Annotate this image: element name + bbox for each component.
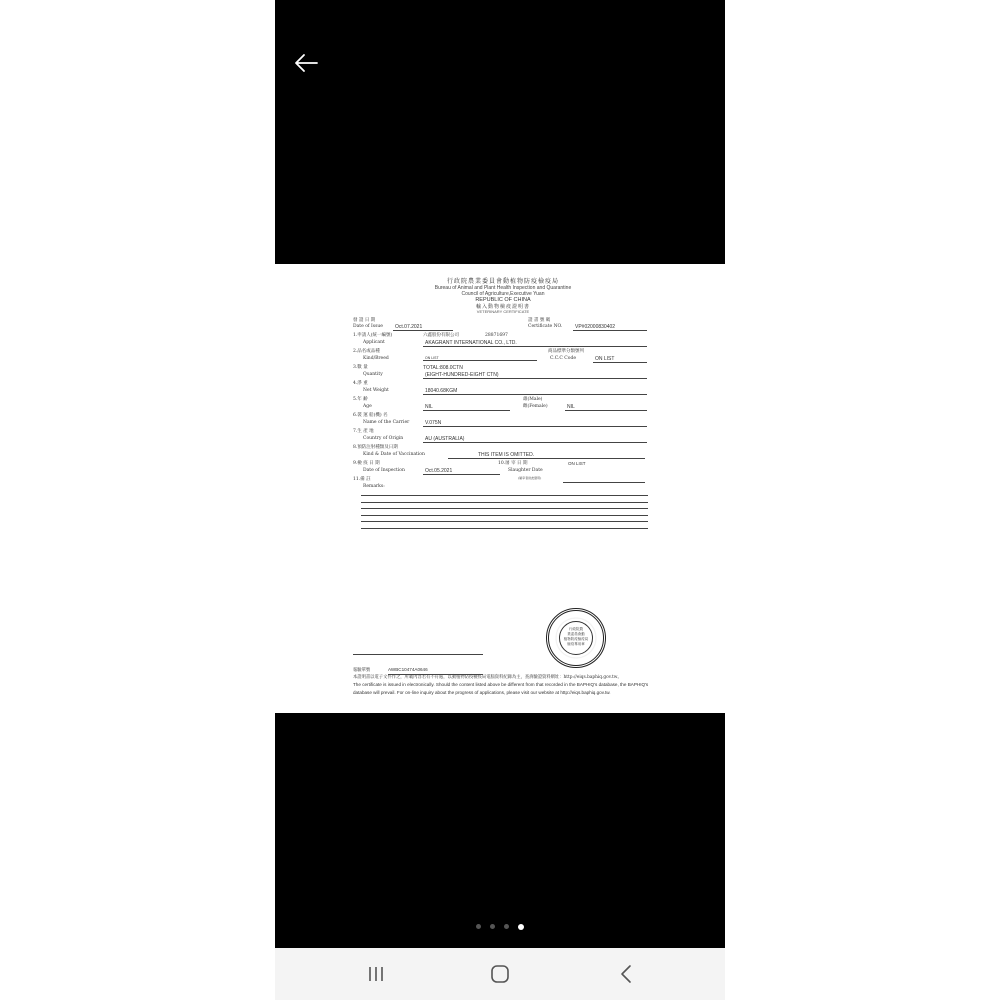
remarks-row: Remarks: xyxy=(353,484,653,490)
applicant-row-zh: 1.申請人(統一編號) 六鑫股份有限公司 28871697 xyxy=(353,333,653,340)
date-of-issue-zh: 發 證 日 期 xyxy=(353,318,375,323)
title-en: VETERINARY CERTIFICATE xyxy=(353,310,653,315)
origin-zh: 7.生 產 地 xyxy=(353,429,374,434)
age-zh: 5.年 齡 xyxy=(353,397,368,402)
certificate-footer: 報驗單號 AWBC10474A0646 本證明書以電子文件作之，所載內容若有不符… xyxy=(353,654,653,696)
insp-row-zh: 9.檢 疫 日 期 10.屠 宰 日 期 ON LIST xyxy=(353,461,653,468)
weight-zh: 4.淨 重 xyxy=(353,381,368,386)
origin-label: Country of Origin xyxy=(363,436,403,441)
insp-label: Date of Inspection xyxy=(363,468,405,473)
remarks-line xyxy=(361,528,648,529)
ccc-label: C.C.C Code xyxy=(550,356,576,361)
vacc-value: THIS ITEM IS OMITTED. xyxy=(448,452,645,459)
weight-value: 18040.68KGM xyxy=(423,388,647,395)
vacc-zh: 8.預防注射種類及日期 xyxy=(353,445,398,450)
certificate-image[interactable]: 行政院農業委員會動植物防疫檢疫局 Bureau of Animal and Pl… xyxy=(275,264,725,713)
certificate-header: 行政院農業委員會動植物防疫檢疫局 Bureau of Animal and Pl… xyxy=(353,278,653,315)
slaughter-value: ON LIST xyxy=(568,461,586,466)
origin-value: AU (AUSTRALIA) xyxy=(423,436,647,443)
page-dot[interactable] xyxy=(490,924,495,929)
remarks-line xyxy=(361,502,648,503)
barcode-row: 報驗單號 AWBC10474A0646 xyxy=(353,666,653,674)
carrier-row: Name of the Carrier V.075N xyxy=(353,420,653,429)
age-label: Age xyxy=(363,404,372,409)
quantity-label: Quantity xyxy=(363,372,383,377)
page-dot-active[interactable] xyxy=(518,924,524,930)
date-of-issue-value: Oct.07.2021 xyxy=(393,324,453,331)
origin-row: Country of Origin AU (AUSTRALIA) xyxy=(353,436,653,445)
weight-row-zh: 4.淨 重 xyxy=(353,381,653,388)
vacc-row-zh: 8.預防注射種類及日期 xyxy=(353,445,653,452)
image-viewer-screen: 行政院農業委員會動植物防疫檢疫局 Bureau of Animal and Pl… xyxy=(275,0,725,1000)
slaughter-label: Slaughter Date xyxy=(508,468,543,473)
veterinary-certificate: 行政院農業委員會動植物防疫檢疫局 Bureau of Animal and Pl… xyxy=(353,278,653,529)
kind-zh: 2.品名或品種 xyxy=(353,349,380,354)
remarks-line xyxy=(361,521,648,522)
page-dot[interactable] xyxy=(504,924,509,929)
kind-row: Kind/Breed ON LIST C.C.C Code ON LIST xyxy=(353,356,653,365)
quantity-zh: 3.數 量 xyxy=(353,365,368,370)
back-chevron-icon xyxy=(615,962,639,986)
female-value: NIL xyxy=(565,404,647,411)
kind-label: Kind/Breed xyxy=(363,356,389,361)
cert-no-label: Certificate NO. xyxy=(528,324,562,329)
issue-row: Date of Issue Oct.07.2021 Certificate NO… xyxy=(353,324,653,333)
remarks-lines xyxy=(353,495,653,529)
notice-zh: 本證明書以電子文件作之，所載內容若有不符處，以動植物防疫檢疫局電腦資料紀錄為主，… xyxy=(353,674,653,681)
system-nav-bar xyxy=(275,948,725,1000)
applicant-name-zh: 六鑫股份有限公司 xyxy=(423,333,459,338)
age-row: Age NIL 雌(Female) NIL xyxy=(353,404,653,413)
barcode-label: 報驗單號 xyxy=(353,668,370,673)
date-of-issue-label: Date of Issue xyxy=(353,324,383,329)
origin-row-zh: 7.生 產 地 xyxy=(353,429,653,436)
remarks-line xyxy=(361,495,648,496)
quantity-row: Quantity (EIGHT-HUNDRED-EIGHT CTN) xyxy=(353,372,653,381)
page-indicator xyxy=(275,924,725,930)
cert-no-zh: 證 書 號 碼 xyxy=(528,318,550,323)
home-icon xyxy=(488,962,512,986)
barcode-divider xyxy=(353,654,483,663)
ccc-value: ON LIST xyxy=(593,356,647,363)
kind-row-zh: 2.品名或品種 商品標準分類號列 xyxy=(353,349,653,356)
carrier-value: V.075N xyxy=(423,420,647,427)
remarks-label: Remarks: xyxy=(363,484,385,489)
remarks-zh: 11.備 註 xyxy=(353,477,371,482)
seal-line: 檢疫專用章 xyxy=(560,642,592,647)
seal-inner: 行政院農 業委員會動 植物防疫檢疫局 檢疫專用章 xyxy=(559,621,593,655)
quantity-value: (EIGHT-HUNDRED-EIGHT CTN) xyxy=(423,372,647,379)
slaughter-zh: 10.屠 宰 日 期 xyxy=(498,461,527,466)
applicant-value: AKAGRANT INTERNATIONAL CO., LTD. xyxy=(423,340,647,347)
carrier-zh: 6.裝 運 船(機) 名 xyxy=(353,413,388,418)
quantity-total: TOTAL:808.0CTN xyxy=(423,365,463,371)
page-dot[interactable] xyxy=(476,924,481,929)
male-label: 雄(Male) xyxy=(523,397,542,402)
insp-row: Date of Inspection Oct.05.2021 Slaughter… xyxy=(353,468,653,477)
quantity-row-zh: 3.數 量 TOTAL:808.0CTN xyxy=(353,365,653,372)
carrier-row-zh: 6.裝 運 船(機) 名 xyxy=(353,413,653,420)
back-button[interactable] xyxy=(291,48,321,78)
recents-button[interactable] xyxy=(364,962,388,986)
vacc-row: Kind & Date of Vaccination THIS ITEM IS … xyxy=(353,452,653,461)
remarks-line xyxy=(361,508,648,509)
carrier-label: Name of the Carrier xyxy=(363,420,409,425)
nav-back-button[interactable] xyxy=(615,962,639,986)
female-label: 雌(Female) xyxy=(523,404,548,409)
weight-label: Net Weight xyxy=(363,388,389,393)
age-value: NIL xyxy=(423,404,510,411)
applicant-row: Applicant AKAGRANT INTERNATIONAL CO., LT… xyxy=(353,340,653,349)
remarks-note: (屠宰者供此證用) xyxy=(518,477,541,481)
insp-zh: 9.檢 疫 日 期 xyxy=(353,461,380,466)
applicant-zh: 1.申請人(統一編號) xyxy=(353,333,392,338)
remarks-row-zh: 11.備 註 (屠宰者供此證用) xyxy=(353,477,653,484)
remarks-line xyxy=(361,515,648,516)
applicant-id: 28871697 xyxy=(485,333,508,338)
agency-zh: 行政院農業委員會動植物防疫檢疫局 xyxy=(353,278,653,285)
applicant-label: Applicant xyxy=(363,340,385,345)
notice-en: The certificate is issued in electronica… xyxy=(353,681,653,696)
arrow-left-icon xyxy=(291,48,321,78)
cert-no-value: VP#02000830402 xyxy=(573,324,647,331)
home-button[interactable] xyxy=(488,962,512,986)
kind-value: ON LIST xyxy=(423,356,537,361)
recents-icon xyxy=(364,962,388,986)
weight-row: Net Weight 18040.68KGM xyxy=(353,388,653,397)
remarks-note-line xyxy=(563,482,645,483)
age-row-zh: 5.年 齡 雄(Male) xyxy=(353,397,653,404)
insp-value: Oct.05.2021 xyxy=(423,468,500,475)
vacc-label: Kind & Date of Vaccination xyxy=(363,452,425,457)
barcode-value: AWBC10474A0646 xyxy=(388,666,483,675)
ccc-zh: 商品標準分類號列 xyxy=(548,349,584,354)
country-name: REPUBLIC OF CHINA xyxy=(353,297,653,304)
